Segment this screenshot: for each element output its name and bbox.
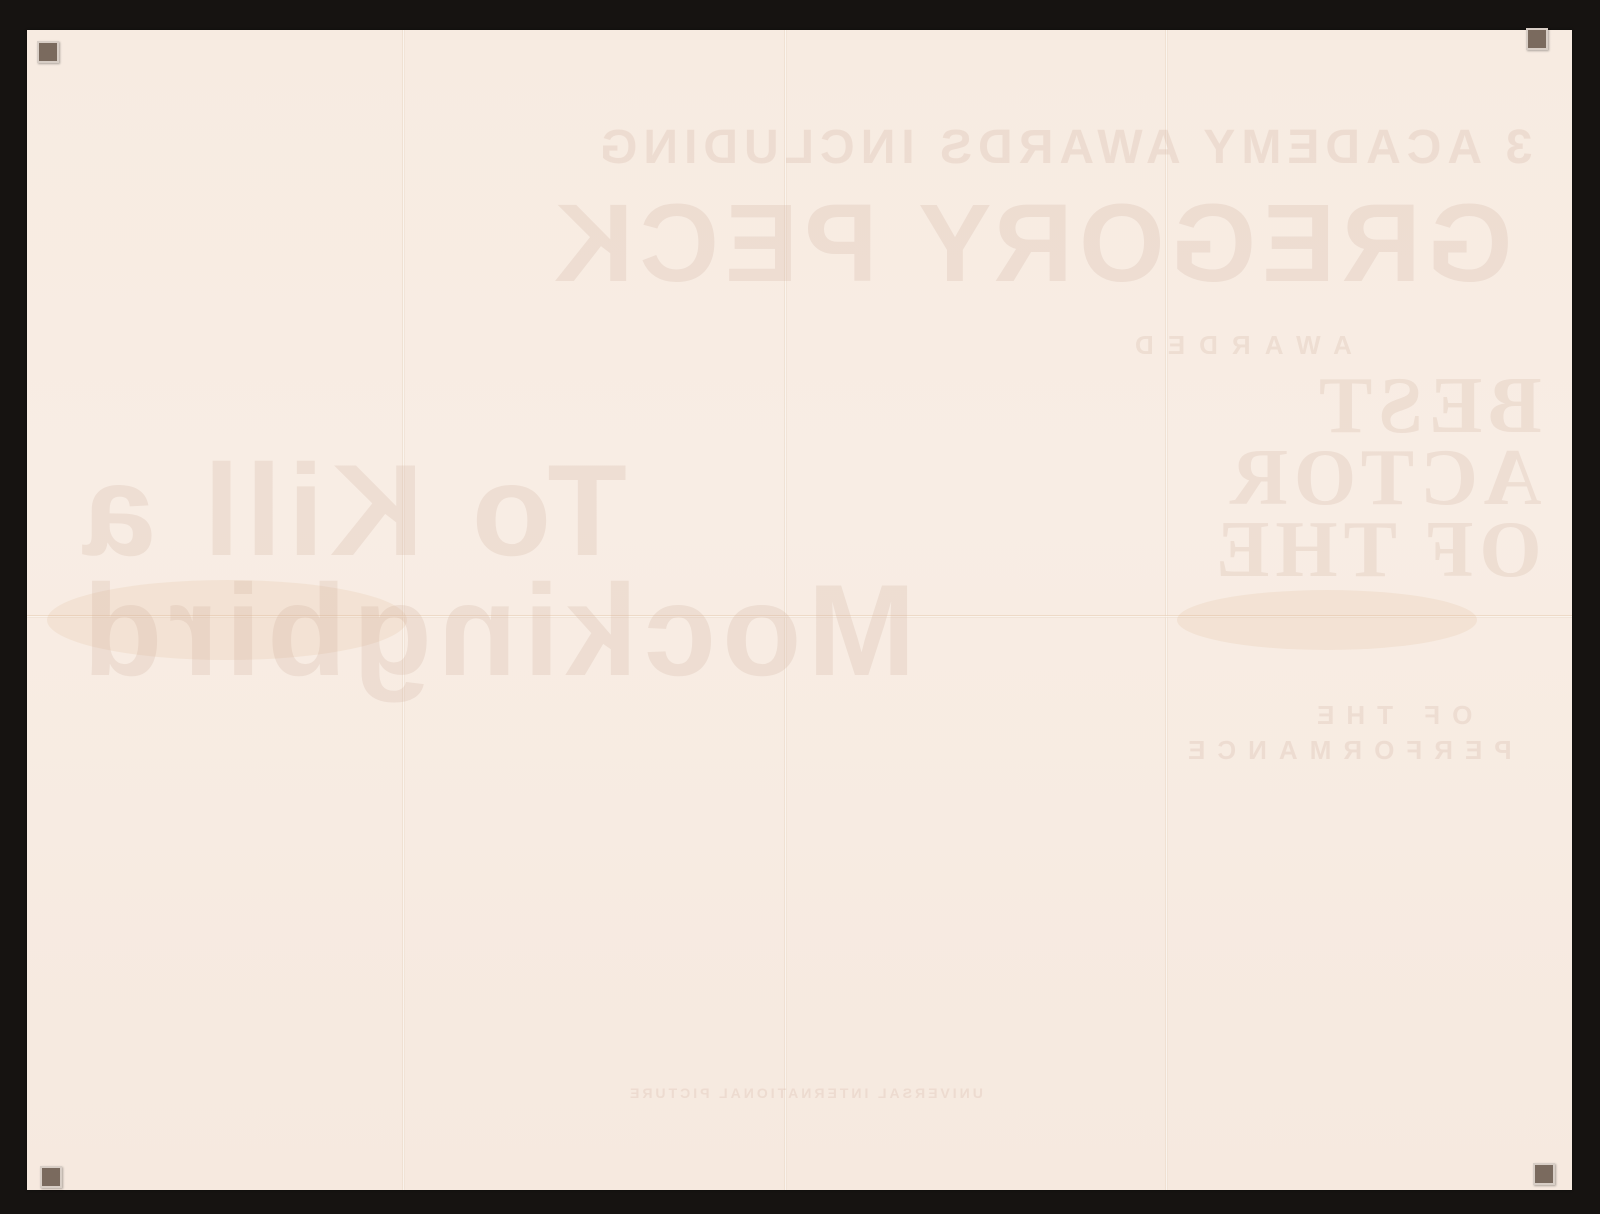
show-through-actor-name: GREGORY PECK [548, 180, 1512, 307]
stain [1177, 590, 1477, 650]
magnet-bottom-left [40, 1166, 62, 1188]
show-through-awards: 3 ACADEMY AWARDS INCLUDING [594, 120, 1532, 175]
show-through-of-the: OF THE [1305, 700, 1472, 731]
magnet-bottom-right [1533, 1163, 1555, 1185]
show-through-awarded: AWARDED [1121, 330, 1352, 361]
show-through-title: To Kill a Mockingbird [77, 450, 916, 690]
show-through-best-actor: BEST ACTOR OF THE [1210, 370, 1542, 586]
poster-back: 3 ACADEMY AWARDS INCLUDING GREGORY PECK … [27, 30, 1572, 1190]
magnet-top-right [1526, 28, 1548, 50]
magnet-top-left [37, 41, 59, 63]
show-through-performance: PERFORMANCE [1176, 735, 1512, 766]
show-through-credits: UNIVERSAL INTERNATIONAL PICTURE [627, 1085, 983, 1101]
